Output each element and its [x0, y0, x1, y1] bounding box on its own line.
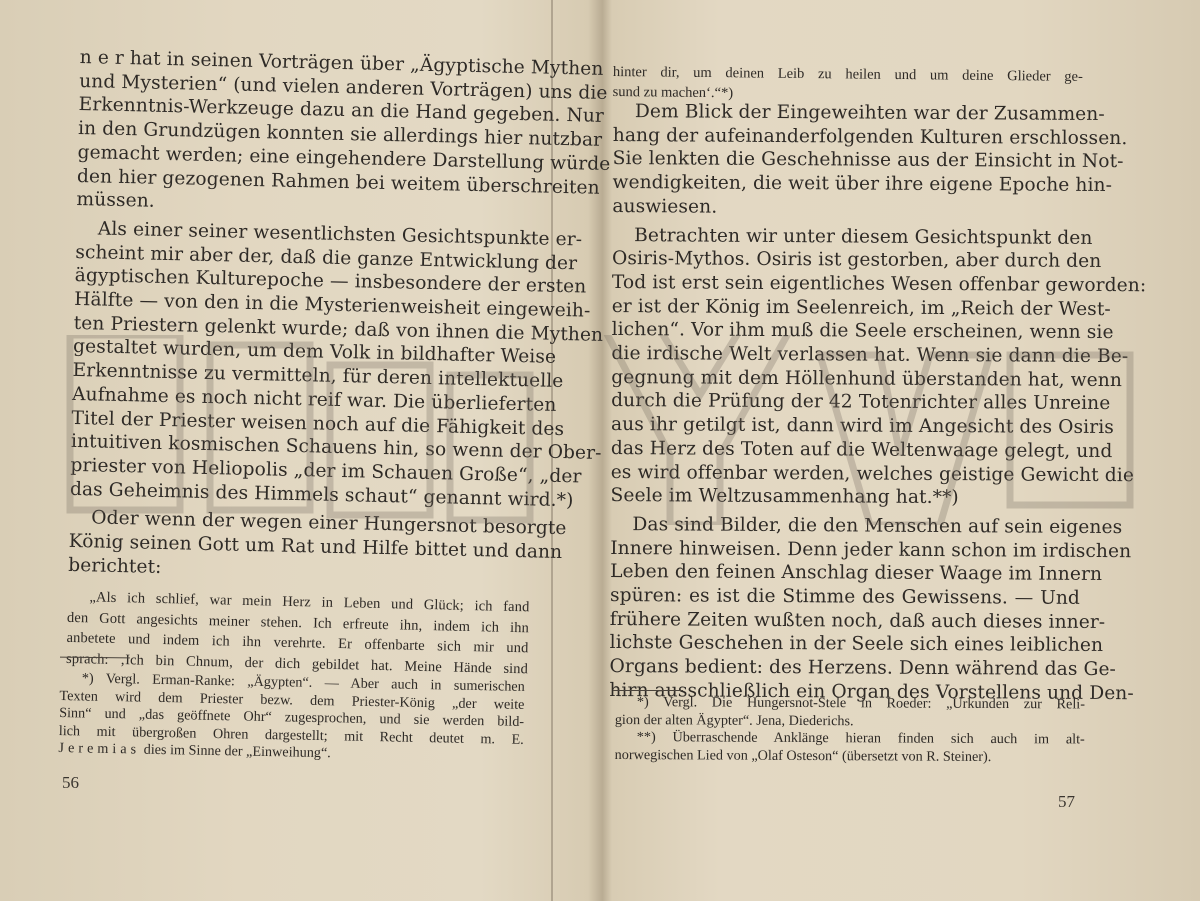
footnote: **) Überraschende Anklänge hieran finden…: [615, 729, 1085, 766]
page-number-right: 57: [1058, 792, 1075, 812]
text-line: auswiesen.: [612, 195, 1082, 222]
text-line: die irdische Welt verlassen hat. Wenn si…: [611, 342, 1081, 369]
text-line: aus ihr getilgt ist, dann wird im Angesi…: [611, 413, 1081, 440]
text-line: frühere Zeiten wußten noch, daß auch die…: [610, 608, 1080, 635]
text-line: Seele im Weltzusammenhang hat.**): [611, 484, 1081, 511]
block-quote: „Als ich schlief, war mein Herz in Leben…: [66, 587, 530, 679]
text-line: Osiris-Mythos. Osiris ist gestorben, abe…: [612, 247, 1082, 274]
text-line: wendigkeiten, die weit über ihre eigene …: [612, 171, 1082, 198]
footnote-line: norwegischen Lied von „Olaf Osteson“ (üb…: [615, 746, 1085, 766]
footnote: *) Vergl. Erman-Ranke: „Ägypten“. — Aber…: [58, 670, 525, 766]
paragraph: Dem Blick der Eingeweihten war der Zusam…: [612, 100, 1083, 221]
text-line: lichen“. Vor ihm muß die Seele erscheine…: [612, 318, 1082, 345]
text-line: das Herz des Toten auf die Weltenwaage g…: [611, 437, 1081, 464]
right-page-body: Dem Blick der Eingeweihten war der Zusam…: [609, 100, 1083, 710]
text-line: Tod ist erst sein eigentliches Wesen off…: [612, 271, 1082, 298]
text-line: Innere hinweisen. Denn jeder kann schon …: [610, 537, 1080, 564]
paragraph: Das sind Bilder, die den Menschen auf se…: [609, 513, 1080, 705]
text-line: spüren: es ist die Stimme des Gewissens.…: [610, 584, 1080, 611]
footnote-text: dies im Sinne der „Einweihung“.: [140, 742, 331, 762]
paragraph: Oder wenn der wegen einer Hungersnot bes…: [68, 506, 531, 588]
text-line: es wird offenbar werden, welches geistig…: [611, 461, 1081, 488]
left-page-footnotes: *) Vergl. Erman-Ranke: „Ägypten“. — Aber…: [58, 670, 525, 766]
footnote: *) Vergl. Die Hungersnot-Stele in Roeder…: [615, 694, 1085, 731]
right-page-footnotes: *) Vergl. Die Hungersnot-Stele in Roeder…: [615, 694, 1085, 766]
text-line: Sie lenkten die Geschehnisse aus der Ein…: [613, 147, 1083, 174]
page-number-left: 56: [62, 773, 79, 793]
footnote-line: *) Vergl. Die Hungersnot-Stele in Roeder…: [615, 694, 1085, 714]
text-line: Organs bedient: des Herzens. Denn währen…: [609, 655, 1079, 682]
paragraph: n e r hat in seinen Vorträgen über „Ägyp…: [76, 46, 542, 222]
text-line: durch die Prüfung der 42 Totenrichter al…: [611, 389, 1081, 416]
left-page: n e r hat in seinen Vorträgen über „Ägyp…: [0, 0, 551, 901]
text-line: Leben den feinen Anschlag dieser Waage i…: [610, 560, 1080, 587]
text-line: gegnung mit dem Höllenhund überstanden h…: [611, 366, 1081, 393]
text-line: Das sind Bilder, die den Menschen auf se…: [610, 513, 1080, 540]
left-page-body: n e r hat in seinen Vorträgen über „Ägyp…: [66, 46, 542, 680]
right-page: hinter dir, um deinen Leib zu heilen und…: [553, 0, 1200, 901]
text-line: lichste Geschehen in der Seele sich eine…: [610, 631, 1080, 658]
text-line: Betrachten wir unter diesem Gesichtspunk…: [612, 224, 1082, 251]
paragraph: Betrachten wir unter diesem Gesichtspunk…: [611, 224, 1083, 511]
open-book-spread: n e r hat in seinen Vorträgen über „Ägyp…: [0, 0, 1200, 901]
text-line: hang der aufeinanderfolgenden Kulturen e…: [613, 124, 1083, 151]
paragraph: Als einer seiner wesentlichsten Gesichts…: [70, 217, 538, 512]
text-line: Dem Blick der Eingeweihten war der Zusam…: [613, 100, 1083, 127]
footnote-line: **) Überraschende Anklänge hieran finden…: [615, 729, 1085, 749]
footnote-divider: [613, 690, 683, 691]
author-name-spaced: Jeremias: [58, 740, 140, 758]
text-line: er ist der König im Seelenreich, im „Rei…: [612, 295, 1082, 322]
